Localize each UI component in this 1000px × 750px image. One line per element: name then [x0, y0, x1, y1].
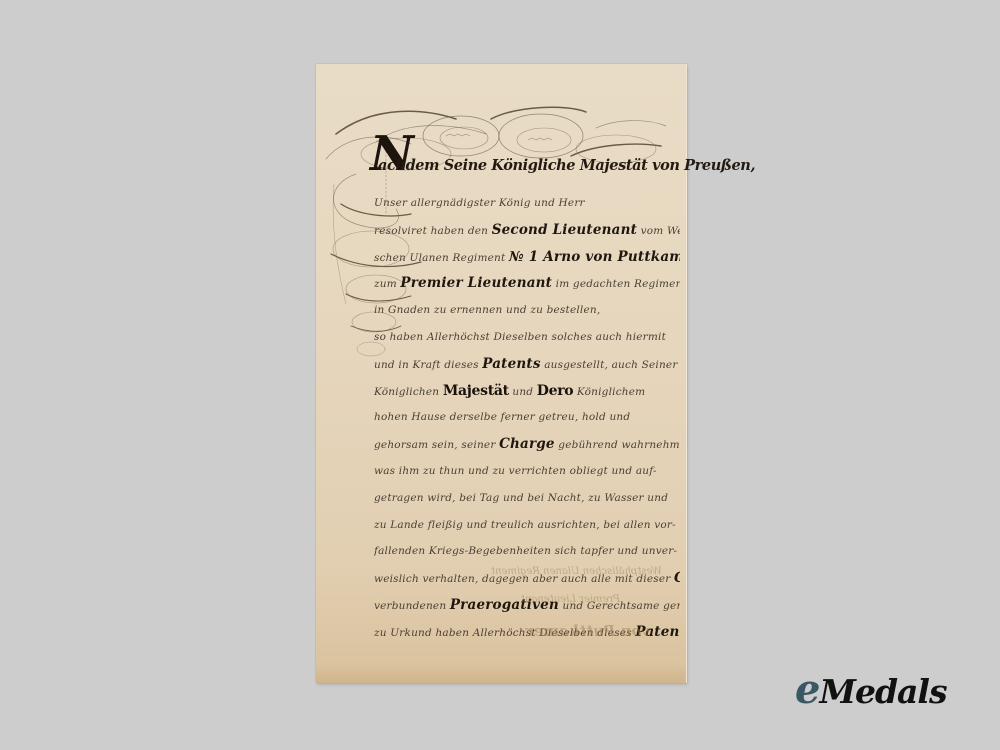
body-line: zu Lande fleißig und treulich ausrichten… [374, 512, 680, 539]
body-line: was ihm zu thun und zu verrichten oblieg… [374, 458, 680, 485]
body-line: und in Kraft dieses Patents ausgestellt,… [374, 351, 680, 378]
document-body: Unser allergnädigster König und Herr res… [374, 190, 680, 646]
body-line: hohen Hause derselbe ferner getreu, hold… [374, 404, 680, 431]
body-line: zum Premier Lieutenant im gedachten Regi… [374, 270, 680, 297]
body-line: resolviret haben den Second Lieutenant v… [374, 217, 680, 244]
recipient-name: № 1 Arno von Puttkamer [509, 249, 680, 265]
body-line: schen Ulanen Regiment № 1 Arno von Puttk… [374, 244, 680, 271]
body-line: Königlichen Majestät und Dero Königliche… [374, 378, 680, 405]
body-line: gehorsam sein, seiner Charge gebührend w… [374, 431, 680, 458]
document-paper: N achdem Seine Königliche Majestät von P… [316, 64, 687, 683]
document-heading: achdem Seine Königliche Majestät von Pre… [378, 157, 678, 174]
body-line: so haben Allerhöchst Dieselben solches a… [374, 324, 680, 351]
body-line: in Gnaden zu ernennen und zu bestellen, [374, 297, 680, 324]
body-line: fallenden Kriegs-Begebenheiten sich tapf… [374, 538, 680, 565]
body-line: Unser allergnädigster König und Herr [374, 190, 680, 217]
emedals-watermark-logo: eMedals [795, 670, 947, 710]
rank-second-lieutenant: Second Lieutenant [492, 222, 637, 238]
rank-premier-lieutenant: Premier Lieutenant [400, 275, 552, 291]
body-line: getragen wird, bei Tag und bei Nacht, zu… [374, 485, 680, 512]
